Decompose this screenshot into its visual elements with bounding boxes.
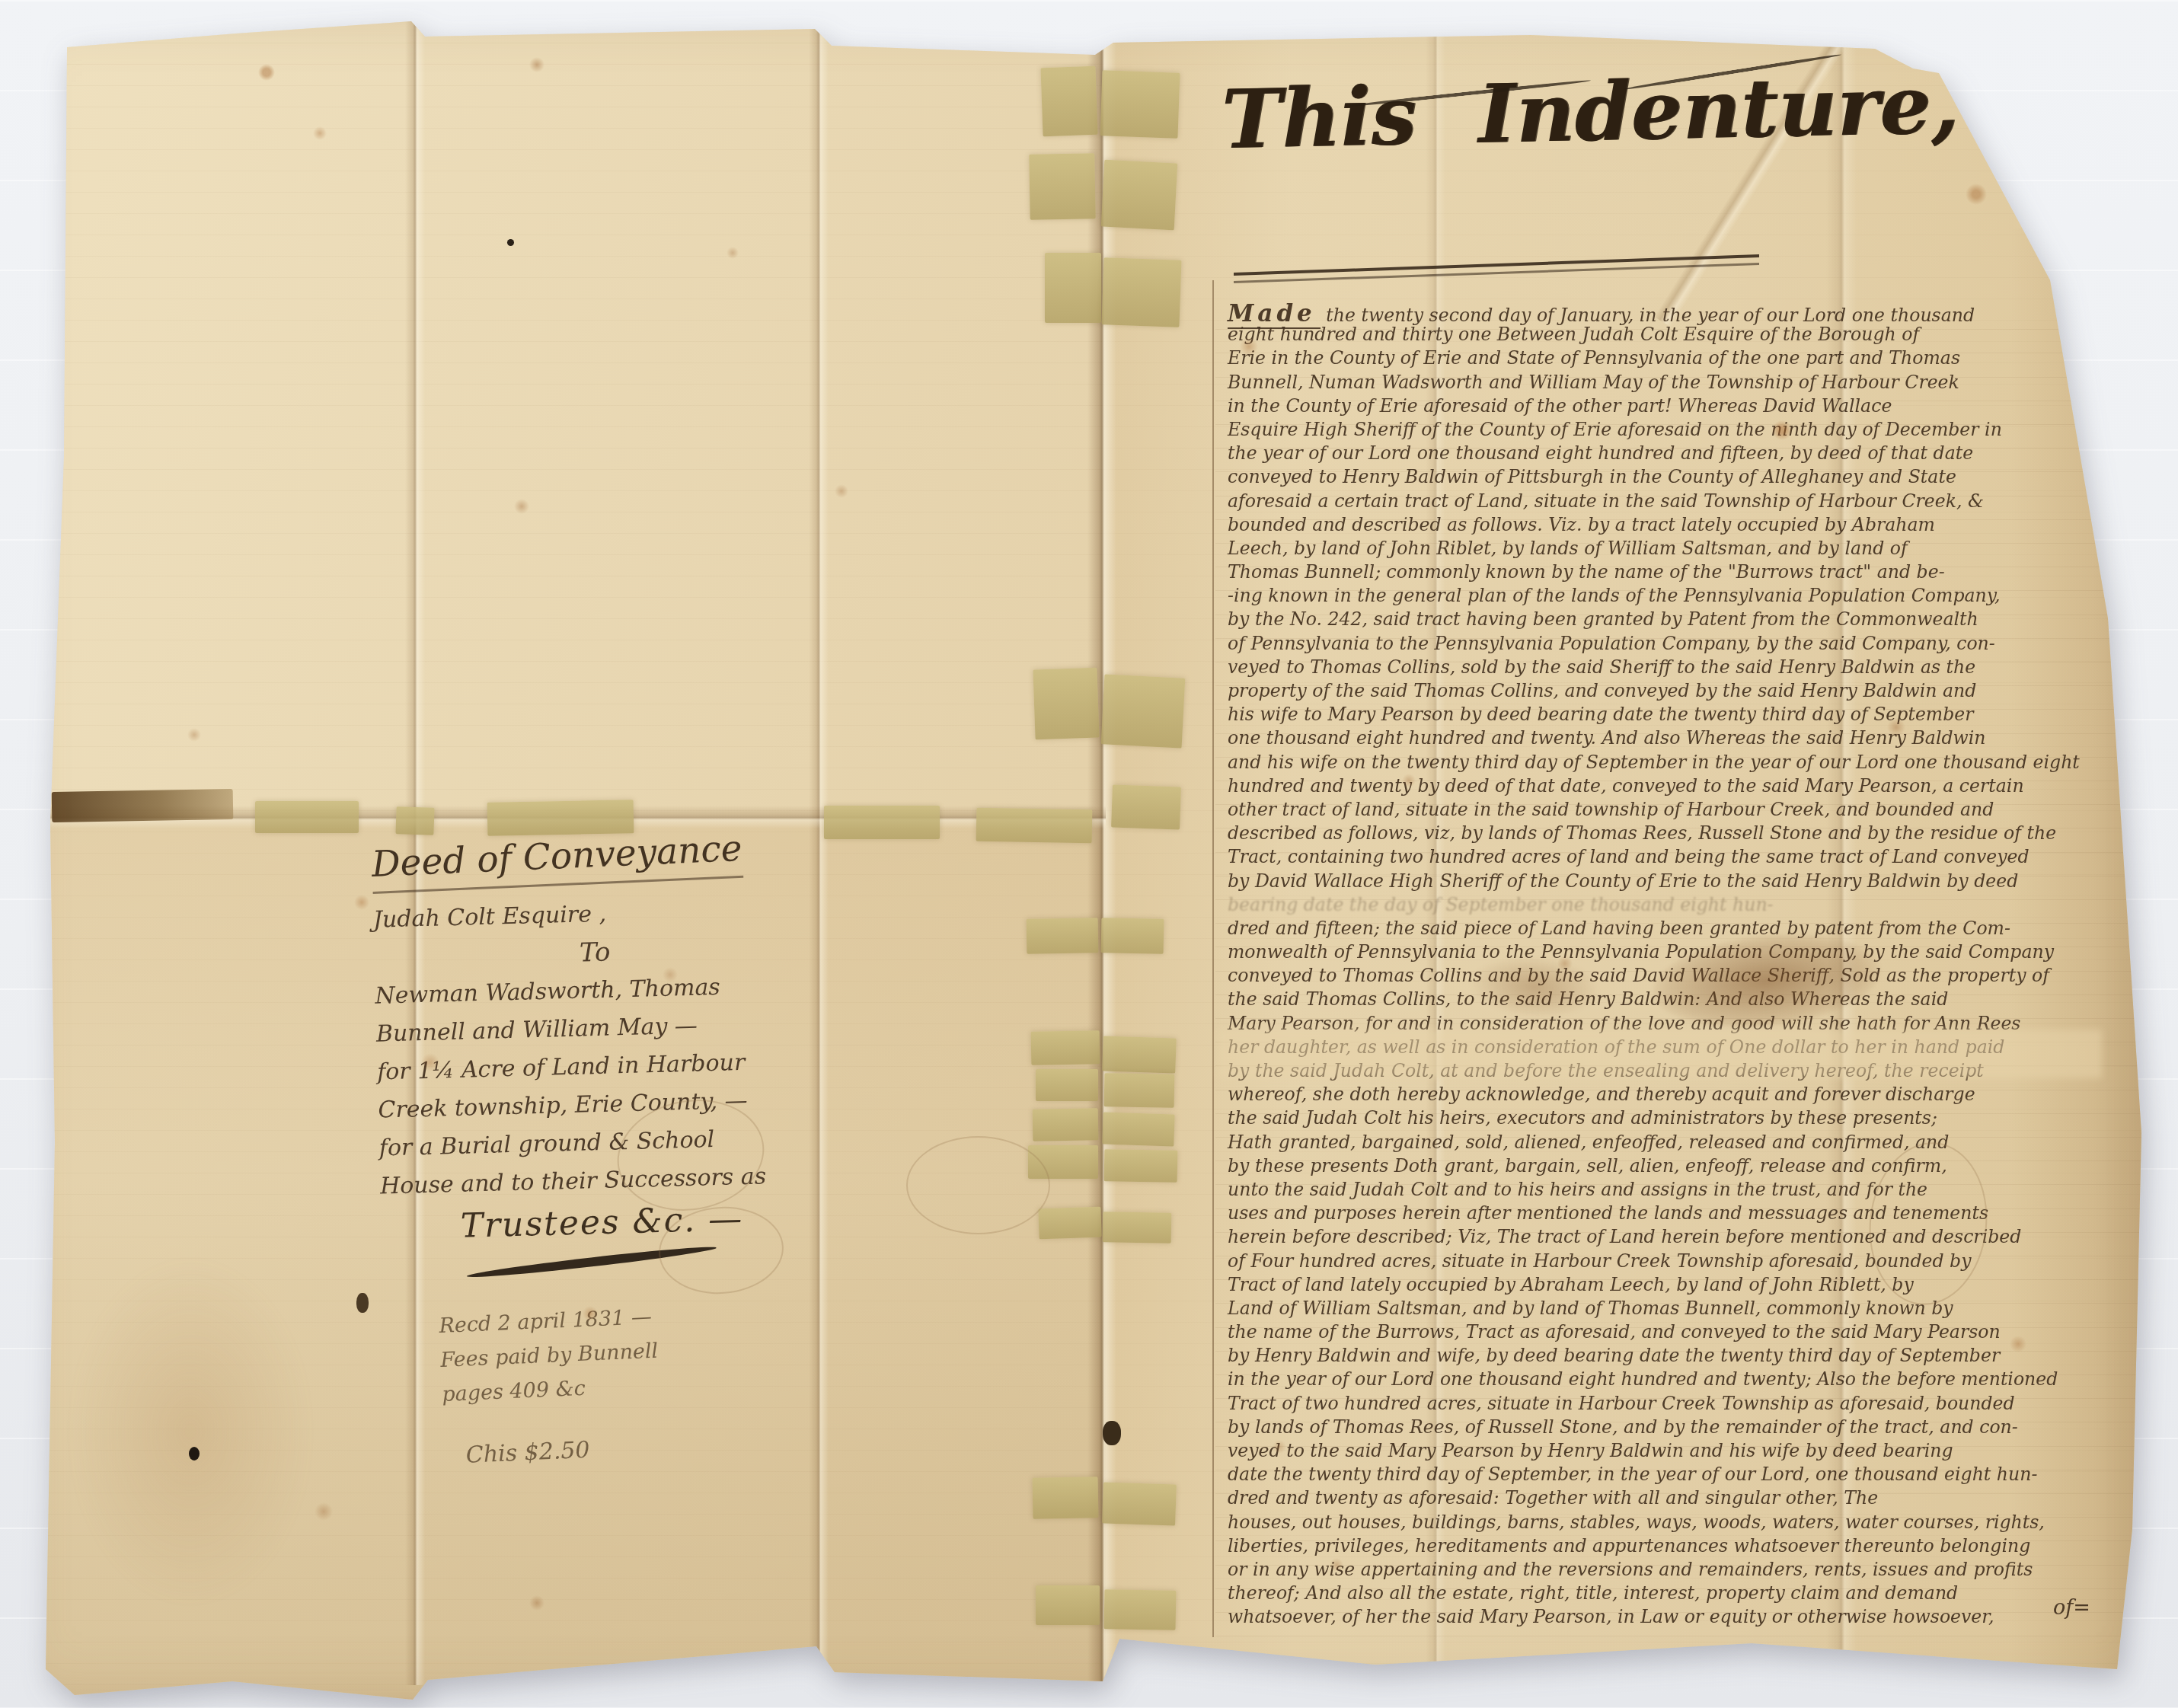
handwritten-line: Bunnell, Numan Wadsworth and William May… — [1228, 372, 2135, 395]
title-underline — [1234, 254, 1759, 283]
tape-fragment — [255, 801, 359, 833]
handwritten-line: hundred and twenty by deed of that date,… — [1228, 775, 2135, 799]
handwritten-line: Esquire High Sheriff of the County of Er… — [1228, 419, 2135, 442]
handwritten-line: whatsoever, of her the said Mary Pearson… — [1228, 1606, 2135, 1630]
handwritten-line: bearing date the day of September one th… — [1228, 894, 2135, 918]
handwritten-line: his wife to Mary Pearson by deed bearing… — [1228, 704, 2135, 727]
handwritten-line: Made the twenty second day of January, i… — [1228, 300, 2135, 324]
handwritten-line: and his wife on the twenty third day of … — [1228, 752, 2135, 775]
tape-fragment — [1104, 1149, 1178, 1183]
docket-parties: Judah Colt Esquire ,ToNewman Wadsworth, … — [372, 890, 822, 1206]
handwritten-line: uses and purposes herein after mentioned… — [1228, 1202, 2135, 1226]
tape-fragment — [1101, 160, 1177, 231]
handwritten-line: by David Wallace High Sheriff of the Cou… — [1228, 870, 2135, 894]
handwritten-line: one thousand eight hundred and twenty. A… — [1228, 727, 2135, 751]
tape-fragment — [1031, 1030, 1100, 1065]
handwritten-line: monwealth of Pennsylvania to the Pennsyl… — [1228, 941, 2135, 965]
tape-fragment — [1102, 1036, 1177, 1073]
tape-fragment — [1027, 918, 1099, 954]
tape-residue — [52, 789, 234, 822]
docket-heading: Deed of Conveyance — [371, 828, 743, 894]
handwritten-line: Tract of two hundred acres, situate in H… — [1228, 1393, 2135, 1416]
tape-fragment — [1101, 257, 1181, 327]
photo-background: Deed of Conveyance Judah Colt Esquire ,T… — [0, 0, 2178, 1708]
handwritten-line: conveyed to Thomas Collins and by the sa… — [1228, 965, 2135, 988]
tape-fragment — [1033, 1108, 1099, 1141]
paper-hole — [356, 1293, 369, 1313]
margin-rule — [1212, 280, 1214, 1637]
tape-fragment — [1036, 1585, 1100, 1625]
tape-fragment — [1040, 66, 1097, 136]
handwritten-line: the said Judah Colt his heirs, executors… — [1228, 1107, 2135, 1131]
paper-hole — [1103, 1421, 1121, 1445]
tape-fragment — [824, 806, 940, 839]
handwritten-line: liberties, privileges, hereditaments and… — [1228, 1535, 2135, 1559]
tape-fragment — [1104, 1073, 1175, 1108]
tape-fragment — [976, 808, 1093, 844]
tape-fragment — [1033, 668, 1099, 740]
handwritten-line: unto the said Judah Colt and to his heir… — [1228, 1179, 2135, 1202]
handwritten-line: houses, out houses, buildings, barns, st… — [1228, 1512, 2135, 1535]
handwritten-line: herein before described; Viz, The tract … — [1228, 1226, 2135, 1250]
handwritten-line: -ing known in the general plan of the la… — [1228, 585, 2135, 608]
handwritten-line: dred and fifteen; the said piece of Land… — [1228, 918, 2135, 941]
handwritten-line: Land of William Saltsman, and by land of… — [1228, 1298, 2135, 1321]
docket-trustees-line: Trustees &c. — — [381, 1197, 823, 1247]
handwritten-line: date the twenty third day of September, … — [1228, 1464, 2135, 1487]
handwritten-line: conveyed to Henry Baldwin of Pittsburgh … — [1228, 466, 2135, 490]
handwritten-line: in the County of Erie aforesaid of the o… — [1228, 395, 2135, 419]
tape-fragment — [1029, 153, 1095, 219]
handwritten-line: dred and twenty as aforesaid: Together w… — [1228, 1487, 2135, 1511]
handwritten-line: aforesaid a certain tract of Land, situa… — [1228, 490, 2135, 514]
water-stain — [69, 1256, 312, 1607]
tape-fragment — [1038, 1207, 1101, 1240]
tape-fragment — [1104, 1589, 1177, 1630]
handwritten-line: Erie in the County of Erie and State of … — [1228, 347, 2135, 371]
tape-fragment — [1045, 253, 1101, 323]
handwritten-line: whereof, she doth hereby acknowledge, an… — [1228, 1084, 2135, 1107]
handwritten-line: described as follows, viz, by lands of T… — [1228, 822, 2135, 846]
handwritten-line: of Pennsylvania to the Pennsylvania Popu… — [1228, 633, 2135, 656]
handwritten-line: thereof; And also all the estate, right,… — [1228, 1582, 2135, 1606]
indenture-body: Made the twenty second day of January, i… — [1228, 300, 2135, 1630]
tape-fragment — [1100, 70, 1180, 139]
handwritten-line: Hath granted, bargained, sold, aliened, … — [1228, 1132, 2135, 1155]
tape-fragment — [1102, 1482, 1177, 1525]
handwritten-line: by Henry Baldwin and wife, by deed beari… — [1228, 1345, 2135, 1368]
docket-flourish — [466, 1243, 717, 1281]
docket-note: Chis $2.50 — [465, 1422, 831, 1473]
handwritten-line: the year of our Lord one thousand eight … — [1228, 442, 2135, 466]
handwritten-line: in the year of our Lord one thousand eig… — [1228, 1368, 2135, 1392]
document: Deed of Conveyance Judah Colt Esquire ,T… — [0, 0, 2178, 1708]
handwritten-line: Tract of land lately occupied by Abraham… — [1228, 1274, 2135, 1298]
handwritten-line: the name of the Burrows, Tract as afores… — [1228, 1321, 2135, 1345]
handwritten-line: Leech, by land of John Riblet, by lands … — [1228, 538, 2135, 561]
docket-notes: Recd 2 april 1831 —Fees paid by Bunnellp… — [439, 1292, 831, 1473]
tape-fragment — [1036, 1069, 1098, 1101]
handwritten-line: by lands of Thomas Rees, of Russell Ston… — [1228, 1416, 2135, 1440]
handwritten-line: bounded and described as follows. Viz. b… — [1228, 514, 2135, 538]
tape-fragment — [1111, 784, 1181, 829]
ink-spot — [507, 239, 514, 246]
handwritten-line: Tract, containing two hundred acres of l… — [1228, 846, 2135, 870]
handwritten-line: veyed to Thomas Collins, sold by the sai… — [1228, 656, 2135, 680]
tape-fragment — [1102, 1112, 1174, 1146]
docket-panel: Deed of Conveyance Judah Colt Esquire ,T… — [371, 829, 829, 1472]
handwritten-line: by these presents Doth grant, bargain, s… — [1228, 1155, 2135, 1179]
handwritten-line: property of the said Thomas Collins, and… — [1228, 680, 2135, 704]
handwritten-line: eight hundred and thirty one Between Jud… — [1228, 324, 2135, 347]
document-paper: Deed of Conveyance Judah Colt Esquire ,T… — [0, 0, 2178, 1708]
tape-fragment — [1101, 918, 1164, 953]
handwritten-line: other tract of land, situate in the said… — [1228, 799, 2135, 822]
faded-smudge — [1218, 1030, 2102, 1078]
handwritten-line: or in any wise appertaining and the reve… — [1228, 1559, 2135, 1582]
handwritten-line: the said Thomas Collins, to the said Hen… — [1228, 988, 2135, 1012]
handwritten-line: by the No. 242, said tract having been g… — [1228, 608, 2135, 632]
tape-fragment — [1103, 1212, 1172, 1243]
tape-fragment — [1101, 674, 1186, 748]
tape-fragment — [395, 806, 434, 835]
tape-fragment — [1033, 1477, 1099, 1518]
indenture-title: This Indenture, — [1221, 56, 1960, 167]
handwritten-line: of Four hundred acres, situate in Harbou… — [1228, 1250, 2135, 1274]
tape-fragment — [487, 800, 634, 835]
paper-hole — [189, 1447, 200, 1461]
handwritten-line: veyed to the said Mary Pearson by Henry … — [1228, 1440, 2135, 1464]
handwritten-line: Thomas Bunnell; commonly known by the na… — [1228, 561, 2135, 585]
catchword: of= — [2053, 1596, 2090, 1620]
tape-fragment — [1028, 1145, 1098, 1179]
